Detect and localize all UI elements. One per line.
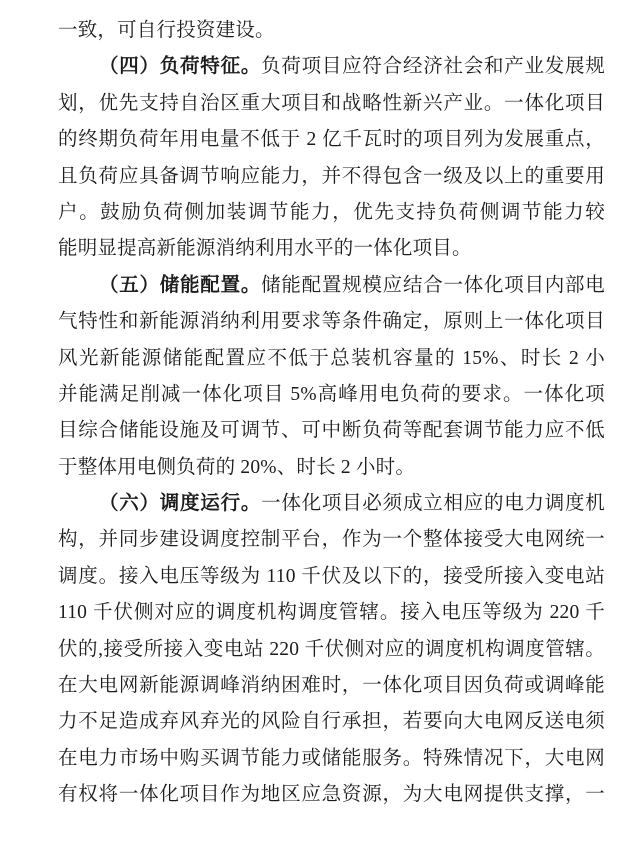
document-page: 一致，可自行投资建设。（四）负荷特征。负荷项目应符合经济社会和产业发展规划，优先…	[0, 0, 631, 844]
document-line: 于整体用电侧负荷的 20%、时长 2 小时。	[58, 450, 605, 486]
document-line: 一致，可自行投资建设。	[58, 13, 605, 49]
document-line: 并能满足削减一体化项目 5%高峰用电负荷的要求。一体化项	[58, 377, 605, 413]
document-line: 在大电网新能源调峰消纳困难时，一体化项目因负荷或调峰能	[58, 668, 605, 704]
document-line: 力不足造成弃风弃光的风险自行承担，若要向大电网反送电须	[58, 704, 605, 740]
document-line: 户。鼓励负荷侧加装调节能力，优先支持负荷侧调节能力较强，	[58, 195, 605, 231]
line-text: 划，优先支持自治区重大项目和战略性新兴产业。一体化项目	[58, 93, 605, 114]
line-text: 构，并同步建设调度控制平台，作为一个整体接受大电网统一	[58, 529, 605, 550]
document-line: 的终期负荷年用电量不低于 2 亿千瓦时的项目列为发展重点，	[58, 122, 605, 158]
document-line: 构，并同步建设调度控制平台，作为一个整体接受大电网统一	[58, 522, 605, 558]
document-line: （五）储能配置。储能配置规模应结合一体化项目内部电	[58, 268, 605, 304]
line-text: 伏的,接受所接入变电站 220 千伏侧对应的调度机构调度管辖。	[58, 639, 605, 660]
document-line: 划，优先支持自治区重大项目和战略性新兴产业。一体化项目	[58, 86, 605, 122]
line-text: 风光新能源储能配置应不低于总装机容量的 15%、时长 2 小时，	[58, 348, 605, 377]
document-body: 一致，可自行投资建设。（四）负荷特征。负荷项目应符合经济社会和产业发展规划，优先…	[58, 13, 605, 814]
line-text: 力不足造成弃风弃光的风险自行承担，若要向大电网反送电须	[58, 711, 605, 732]
document-line: 气特性和新能源消纳利用要求等条件确定，原则上一体化项目	[58, 304, 605, 340]
document-line: 风光新能源储能配置应不低于总装机容量的 15%、时长 2 小时，	[58, 341, 605, 377]
line-text: 的终期负荷年用电量不低于 2 亿千瓦时的项目列为发展重点，	[58, 129, 605, 150]
line-text: 一致，可自行投资建设。	[58, 20, 275, 41]
section-heading: （五）储能配置。	[99, 275, 261, 296]
line-text: 在大电网新能源调峰消纳困难时，一体化项目因负荷或调峰能	[58, 675, 605, 696]
section-heading: （六）调度运行。	[99, 493, 261, 514]
line-text: 调度。接入电压等级为 110 千伏及以下的，接受所接入变电站	[58, 566, 605, 587]
document-line: 伏的,接受所接入变电站 220 千伏侧对应的调度机构调度管辖。	[58, 632, 605, 668]
line-text: 有权将一体化项目作为地区应急资源，为大电网提供支撑，一	[58, 784, 605, 805]
line-text: 能明显提高新能源消纳利用水平的一体化项目。	[58, 238, 472, 259]
line-text: 户。鼓励负荷侧加装调节能力，优先支持负荷侧调节能力较强，	[58, 202, 605, 231]
document-line: （六）调度运行。一体化项目必须成立相应的电力调度机	[58, 486, 605, 522]
line-text: 且负荷应具备调节响应能力，并不得包含一级及以上的重要用	[58, 166, 605, 187]
document-line: 有权将一体化项目作为地区应急资源，为大电网提供支撑，一	[58, 777, 605, 813]
document-line: 110 千伏侧对应的调度机构调度管辖。接入电压等级为 220 千	[58, 595, 605, 631]
line-text: 气特性和新能源消纳利用要求等条件确定，原则上一体化项目	[58, 311, 605, 332]
section-heading: （四）负荷特征。	[99, 56, 261, 77]
document-line: 目综合储能设施及可调节、可中断负荷等配套调节能力应不低	[58, 413, 605, 449]
line-text: 110 千伏侧对应的调度机构调度管辖。接入电压等级为 220 千	[58, 602, 605, 623]
document-line: 在电力市场中购买调节能力或储能服务。特殊情况下，大电网	[58, 741, 605, 777]
document-line: 能明显提高新能源消纳利用水平的一体化项目。	[58, 231, 605, 267]
line-text: 负荷项目应符合经济社会和产业发展规	[261, 56, 605, 77]
document-line: 且负荷应具备调节响应能力，并不得包含一级及以上的重要用	[58, 159, 605, 195]
line-text: 于整体用电侧负荷的 20%、时长 2 小时。	[58, 457, 415, 478]
line-text: 目综合储能设施及可调节、可中断负荷等配套调节能力应不低	[58, 420, 605, 441]
line-text: 并能满足削减一体化项目 5%高峰用电负荷的要求。一体化项	[58, 384, 605, 405]
document-line: 调度。接入电压等级为 110 千伏及以下的，接受所接入变电站	[58, 559, 605, 595]
document-line: （四）负荷特征。负荷项目应符合经济社会和产业发展规	[58, 49, 605, 85]
line-text: 在电力市场中购买调节能力或储能服务。特殊情况下，大电网	[58, 748, 605, 769]
line-text: 储能配置规模应结合一体化项目内部电	[261, 275, 605, 296]
line-text: 一体化项目必须成立相应的电力调度机	[261, 493, 605, 514]
